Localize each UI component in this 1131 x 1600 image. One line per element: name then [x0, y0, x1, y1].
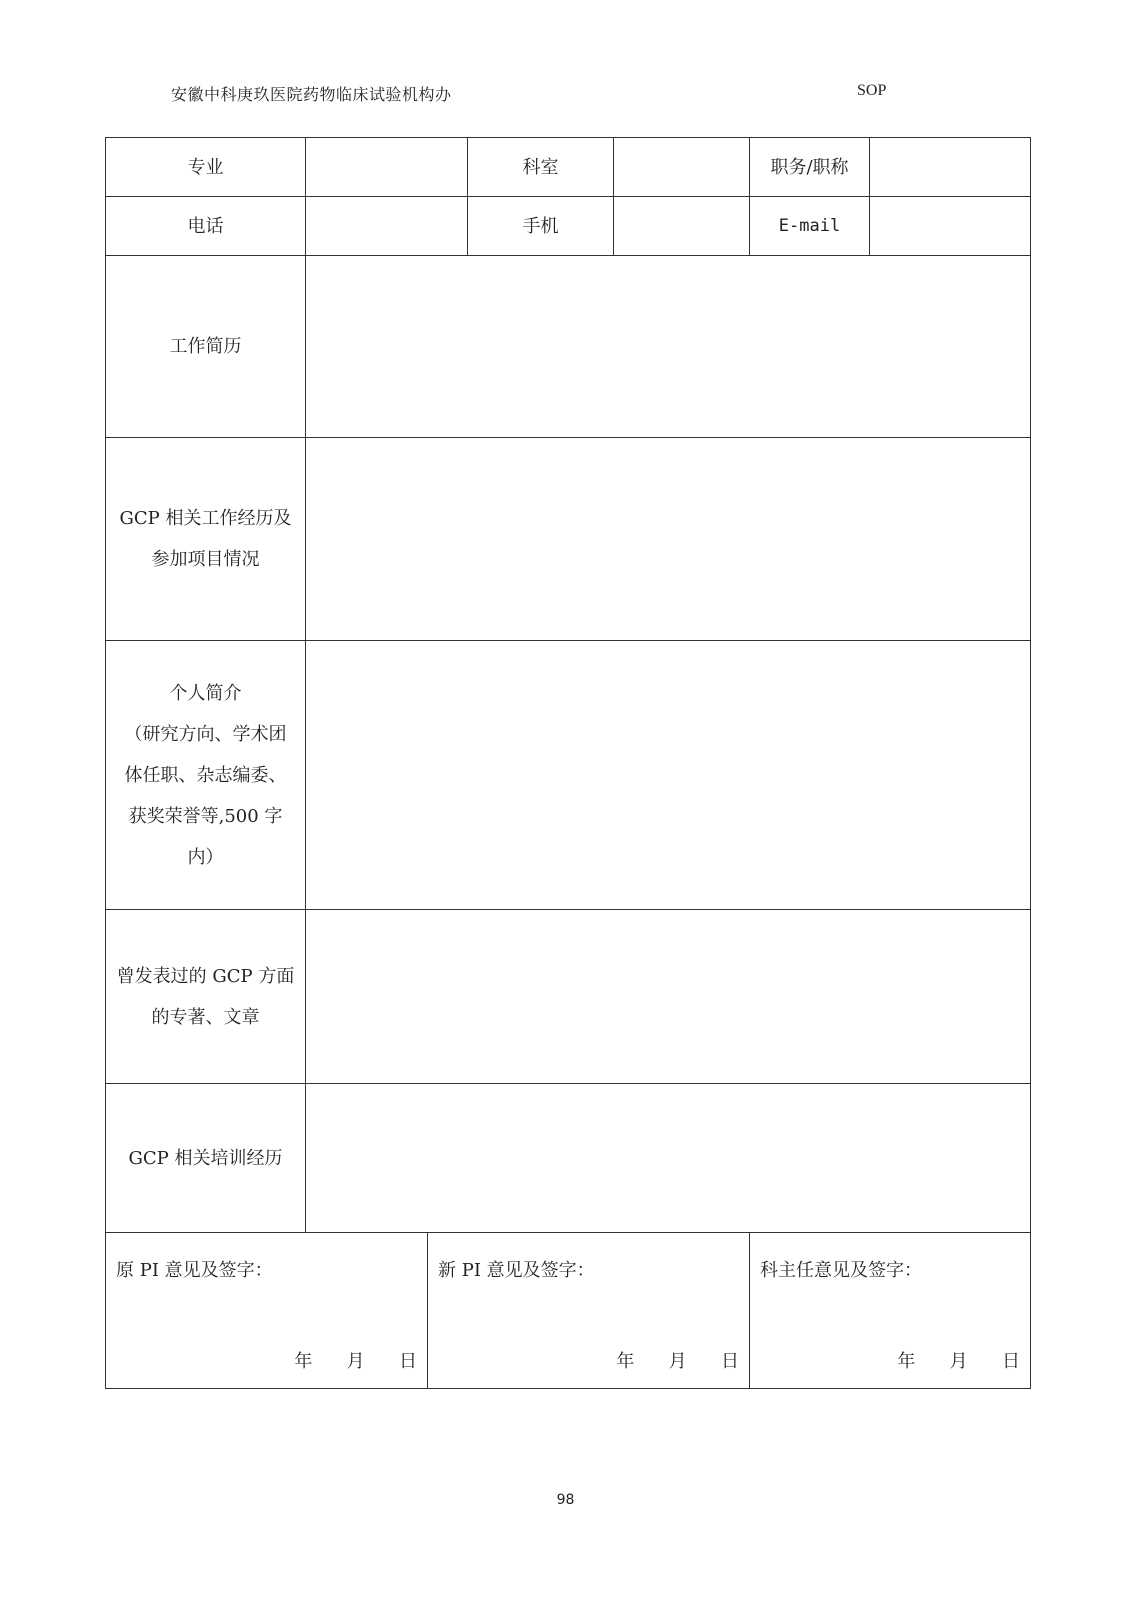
- gcp-work-line1: GCP 相关工作经历及: [106, 498, 305, 539]
- mobile-field[interactable]: [614, 197, 750, 256]
- publications-field[interactable]: [306, 910, 1031, 1084]
- bio-label: 个人简介 （研究方向、学术团 体任职、杂志编委、 获奖荣誉等,500 字 内）: [106, 641, 306, 910]
- signature-label: 科主任意见及签字：: [760, 1259, 922, 1283]
- phone-label: 电话: [106, 197, 306, 256]
- header-doc-type: SOP: [857, 82, 886, 100]
- publications-line1: 曾发表过的 GCP 方面: [106, 956, 305, 997]
- signature-label: 新 PI 意见及签字：: [438, 1259, 595, 1283]
- gcp-work-label: GCP 相关工作经历及 参加项目情况: [106, 438, 306, 641]
- bio-line2: （研究方向、学术团: [106, 714, 305, 755]
- bio-line3: 体任职、杂志编委、: [106, 755, 305, 796]
- dept-label: 科室: [468, 138, 614, 197]
- signature-date: 年 月 日: [897, 1350, 1020, 1374]
- dept-head-signature[interactable]: 科主任意见及签字： 年 月 日: [750, 1233, 1031, 1389]
- work-history-label: 工作简历: [106, 256, 306, 438]
- gcp-work-line2: 参加项目情况: [106, 539, 305, 580]
- publications-label: 曾发表过的 GCP 方面 的专著、文章: [106, 910, 306, 1084]
- major-label: 专业: [106, 138, 306, 197]
- work-history-field[interactable]: [306, 256, 1031, 438]
- mobile-label: 手机: [468, 197, 614, 256]
- email-label: E-mail: [750, 197, 870, 256]
- signature-date: 年 月 日: [294, 1350, 417, 1374]
- original-pi-signature[interactable]: 原 PI 意见及签字： 年 月 日: [106, 1233, 428, 1389]
- page-number: 98: [0, 1492, 1131, 1508]
- training-label: GCP 相关培训经历: [106, 1084, 306, 1233]
- gcp-work-field[interactable]: [306, 438, 1031, 641]
- major-field[interactable]: [306, 138, 468, 197]
- email-field[interactable]: [870, 197, 1031, 256]
- new-pi-signature[interactable]: 新 PI 意见及签字： 年 月 日: [428, 1233, 750, 1389]
- personnel-form-table: 专业 科室 职务/职称 电话 手机 E-mail 工作简历 GCP 相关工作经历…: [105, 137, 1031, 1389]
- signature-date: 年 月 日: [616, 1350, 739, 1374]
- phone-field[interactable]: [306, 197, 468, 256]
- bio-line5: 内）: [106, 837, 305, 878]
- header-org: 安徽中科庚玖医院药物临床试验机构办: [171, 82, 452, 105]
- training-field[interactable]: [306, 1084, 1031, 1233]
- signature-label: 原 PI 意见及签字：: [116, 1259, 273, 1283]
- bio-line4: 获奖荣誉等,500 字: [106, 796, 305, 837]
- bio-field[interactable]: [306, 641, 1031, 910]
- title-label: 职务/职称: [750, 138, 870, 197]
- bio-line1: 个人简介: [106, 673, 305, 714]
- title-field[interactable]: [870, 138, 1031, 197]
- publications-line2: 的专著、文章: [106, 997, 305, 1038]
- dept-field[interactable]: [614, 138, 750, 197]
